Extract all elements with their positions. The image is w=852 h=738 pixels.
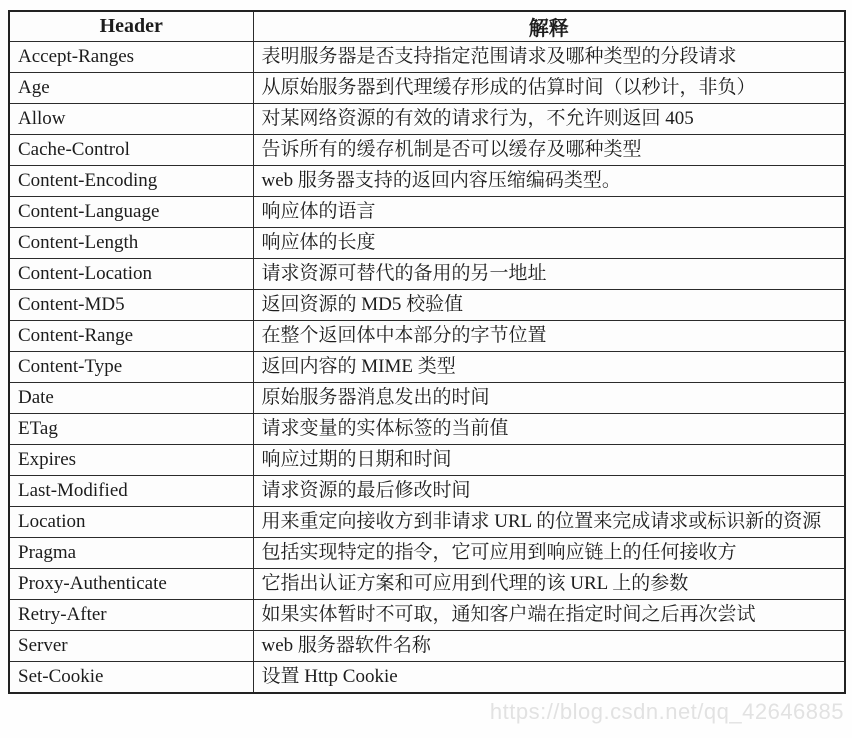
table-row: Date原始服务器消息发出的时间 [9,383,845,414]
explanation-cell: 响应体的语言 [253,197,845,228]
table-row: Content-Language响应体的语言 [9,197,845,228]
explanation-cell: 对某网络资源的有效的请求行为，不允许则返回 405 [253,104,845,135]
table-row: Content-Encodingweb 服务器支持的返回内容压缩编码类型。 [9,166,845,197]
table-row: Content-Location请求资源可替代的备用的另一地址 [9,259,845,290]
header-name-cell: ETag [9,414,253,445]
header-name-cell: Allow [9,104,253,135]
explanation-cell: 原始服务器消息发出的时间 [253,383,845,414]
explanation-cell: 表明服务器是否支持指定范围请求及哪种类型的分段请求 [253,42,845,73]
explanation-cell: 告诉所有的缓存机制是否可以缓存及哪种类型 [253,135,845,166]
explanation-cell: 请求变量的实体标签的当前值 [253,414,845,445]
explanation-cell: 从原始服务器到代理缓存形成的估算时间（以秒计，非负） [253,73,845,104]
column-header-explanation: 解释 [253,11,845,42]
table-body: Accept-Ranges表明服务器是否支持指定范围请求及哪种类型的分段请求Ag… [9,42,845,694]
header-name-cell: Expires [9,445,253,476]
table-row: Last-Modified请求资源的最后修改时间 [9,476,845,507]
header-name-cell: Date [9,383,253,414]
table-row: ETag请求变量的实体标签的当前值 [9,414,845,445]
explanation-cell: 如果实体暂时不可取，通知客户端在指定时间之后再次尝试 [253,600,845,631]
explanation-cell: 请求资源可替代的备用的另一地址 [253,259,845,290]
header-name-cell: Content-Location [9,259,253,290]
explanation-cell: 响应体的长度 [253,228,845,259]
explanation-cell: web 服务器支持的返回内容压缩编码类型。 [253,166,845,197]
table-row: Retry-After如果实体暂时不可取，通知客户端在指定时间之后再次尝试 [9,600,845,631]
header-name-cell: Content-Length [9,228,253,259]
table-row: Cache-Control告诉所有的缓存机制是否可以缓存及哪种类型 [9,135,845,166]
header-name-cell: Pragma [9,538,253,569]
header-name-cell: Content-Range [9,321,253,352]
header-name-cell: Last-Modified [9,476,253,507]
table-row: Age从原始服务器到代理缓存形成的估算时间（以秒计，非负） [9,73,845,104]
table-row: Content-MD5返回资源的 MD5 校验值 [9,290,845,321]
table-row: Content-Range在整个返回体中本部分的字节位置 [9,321,845,352]
explanation-cell: 它指出认证方案和可应用到代理的该 URL 上的参数 [253,569,845,600]
explanation-cell: 包括实现特定的指令，它可应用到响应链上的任何接收方 [253,538,845,569]
header-name-cell: Accept-Ranges [9,42,253,73]
csdn-watermark: https://blog.csdn.net/qq_42646885 [450,699,844,725]
header-name-cell: Server [9,631,253,662]
header-name-cell: Retry-After [9,600,253,631]
table-row: Serverweb 服务器软件名称 [9,631,845,662]
header-name-cell: Content-Language [9,197,253,228]
header-name-cell: Proxy-Authenticate [9,569,253,600]
explanation-cell: 在整个返回体中本部分的字节位置 [253,321,845,352]
table-row: Set-Cookie设置 Http Cookie [9,662,845,694]
explanation-cell: 用来重定向接收方到非请求 URL 的位置来完成请求或标识新的资源 [253,507,845,538]
header-name-cell: Location [9,507,253,538]
http-response-headers-table: Header 解释 Accept-Ranges表明服务器是否支持指定范围请求及哪… [8,10,846,694]
table-row: Proxy-Authenticate它指出认证方案和可应用到代理的该 URL 上… [9,569,845,600]
table-row: Location用来重定向接收方到非请求 URL 的位置来完成请求或标识新的资源 [9,507,845,538]
header-name-cell: Content-Type [9,352,253,383]
table-row: Content-Type返回内容的 MIME 类型 [9,352,845,383]
header-name-cell: Content-MD5 [9,290,253,321]
explanation-cell: 请求资源的最后修改时间 [253,476,845,507]
table-row: Accept-Ranges表明服务器是否支持指定范围请求及哪种类型的分段请求 [9,42,845,73]
explanation-cell: web 服务器软件名称 [253,631,845,662]
header-name-cell: Content-Encoding [9,166,253,197]
column-header-name: Header [9,11,253,42]
explanation-cell: 返回内容的 MIME 类型 [253,352,845,383]
explanation-cell: 响应过期的日期和时间 [253,445,845,476]
table-row: Pragma包括实现特定的指令，它可应用到响应链上的任何接收方 [9,538,845,569]
table-row: Content-Length响应体的长度 [9,228,845,259]
header-name-cell: Age [9,73,253,104]
explanation-cell: 设置 Http Cookie [253,662,845,694]
table-row: Expires响应过期的日期和时间 [9,445,845,476]
header-name-cell: Set-Cookie [9,662,253,694]
header-name-cell: Cache-Control [9,135,253,166]
table-header-row: Header 解释 [9,11,845,42]
table-row: Allow对某网络资源的有效的请求行为，不允许则返回 405 [9,104,845,135]
explanation-cell: 返回资源的 MD5 校验值 [253,290,845,321]
